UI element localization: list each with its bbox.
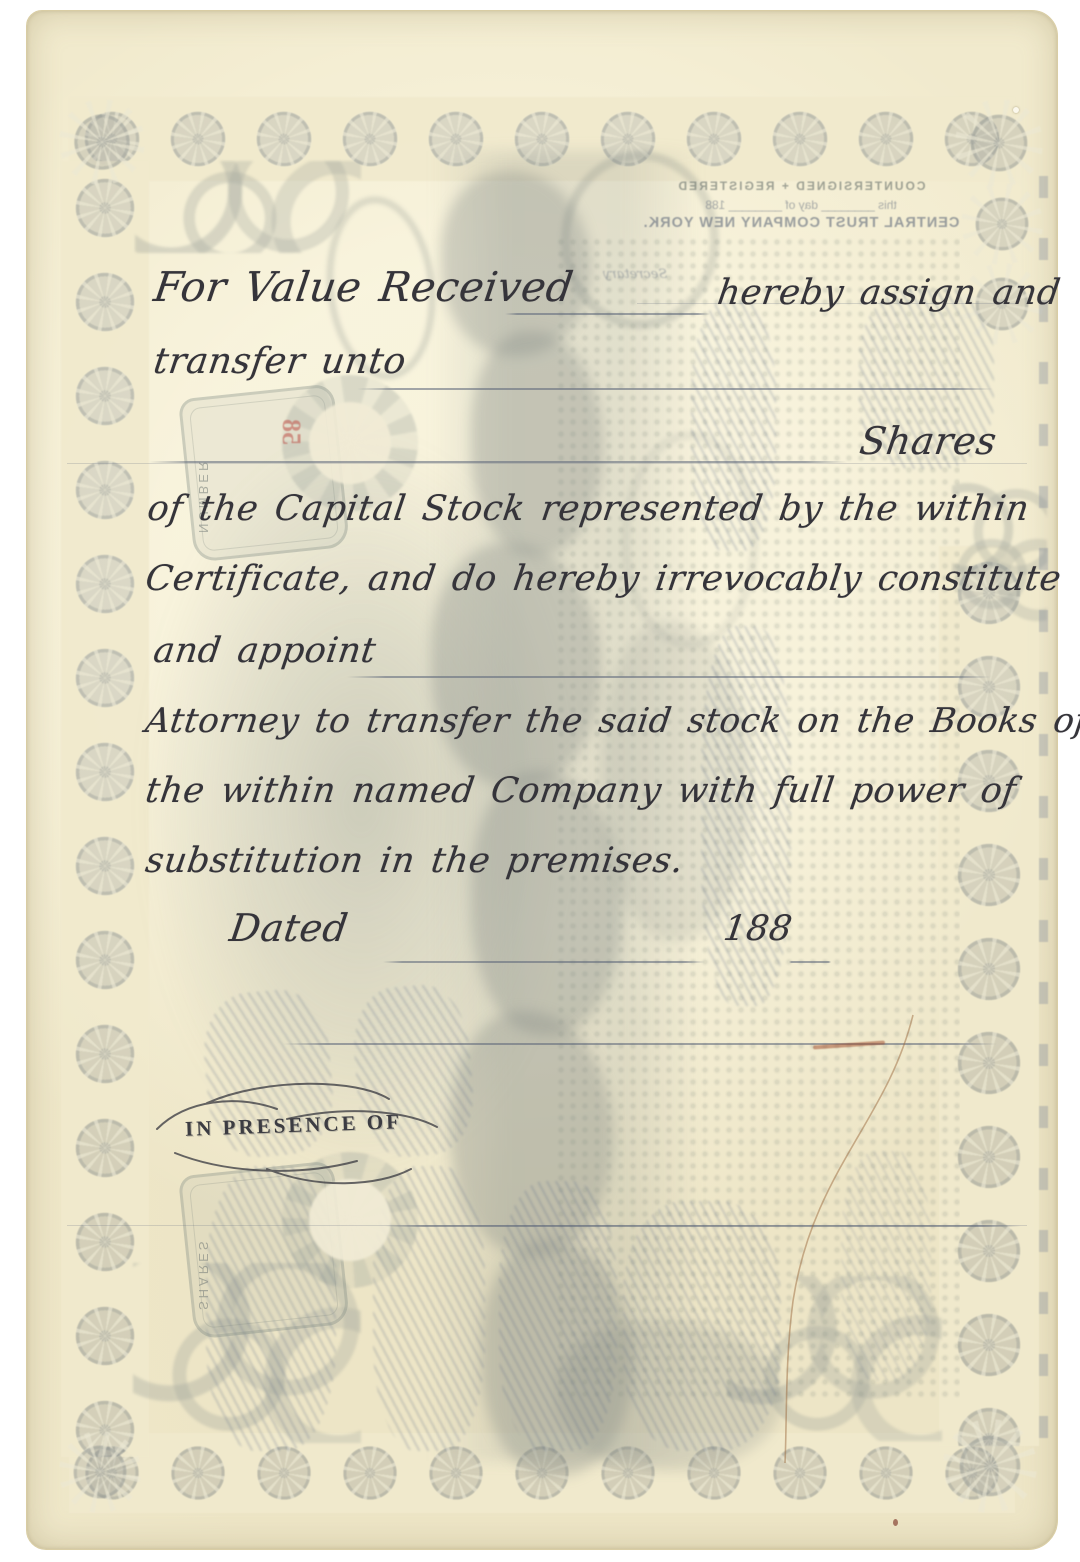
script-capital-stock-line: of the Capital Stock represented by the … [145,489,1032,529]
blank-line-transferee [357,388,993,390]
script-188: 188 [721,909,795,949]
script-dated: Dated [227,906,351,950]
script-for-value-received: For Value Received [151,263,577,311]
script-and-appoint: and appoint [151,631,379,671]
corner-rosette-top-left [59,99,145,185]
shares-label-mirrored: SHARES [196,1180,211,1310]
signature-hatch-ghost [499,1181,617,1451]
script-shares: Shares [857,419,1000,463]
script-substitution-line: substitution in the premises. [143,841,686,881]
paper-crease [727,1001,967,1471]
blank-line-year [789,961,831,963]
corner-rosette-top-right [955,99,1043,187]
certificate-paper: COUNTERSIGNED + REGISTERED this ________… [26,10,1058,1550]
script-transfer-unto: transfer unto [151,341,409,382]
script-attorney-line: Attorney to transfer the said stock on t… [143,701,1080,741]
blank-line-date [383,961,705,963]
corner-scrollwork-top-left [135,161,361,253]
trust-company-line: CENTRAL TRUST COMPANY NEW YORK. [601,215,1001,231]
script-certificate-line: Certificate, and do hereby irrevocably c… [143,559,1064,599]
countersign-block-mirrored: COUNTERSIGNED + REGISTERED this ________… [601,179,1001,231]
right-edge-blue-marks [1039,176,1048,1466]
date-blank-line: this ________ day of ________ 188 [601,198,1001,212]
ink-speck [893,1519,898,1526]
countersigned-line: COUNTERSIGNED + REGISTERED [601,179,1001,193]
script-hereby-assign: hereby assign and [715,273,1063,313]
blank-line-attorney [347,676,991,678]
corner-rosette-bottom-left [59,1431,141,1513]
blank-line-shares [149,461,847,463]
script-company-line: the within named Company with full power… [143,771,1019,811]
number-shield-ghost: NUMBER 58 [186,369,436,574]
pinhole [1013,107,1019,113]
certificate-number-mirrored: 58 [276,419,306,445]
secretary-ghost: Secretary [603,267,667,282]
signature-hatch-ghost [701,626,791,1006]
bleed-rule [67,463,1027,464]
scanned-stock-certificate-back: COUNTERSIGNED + REGISTERED this ________… [0,0,1080,1562]
blank-line-assignor [505,313,710,315]
